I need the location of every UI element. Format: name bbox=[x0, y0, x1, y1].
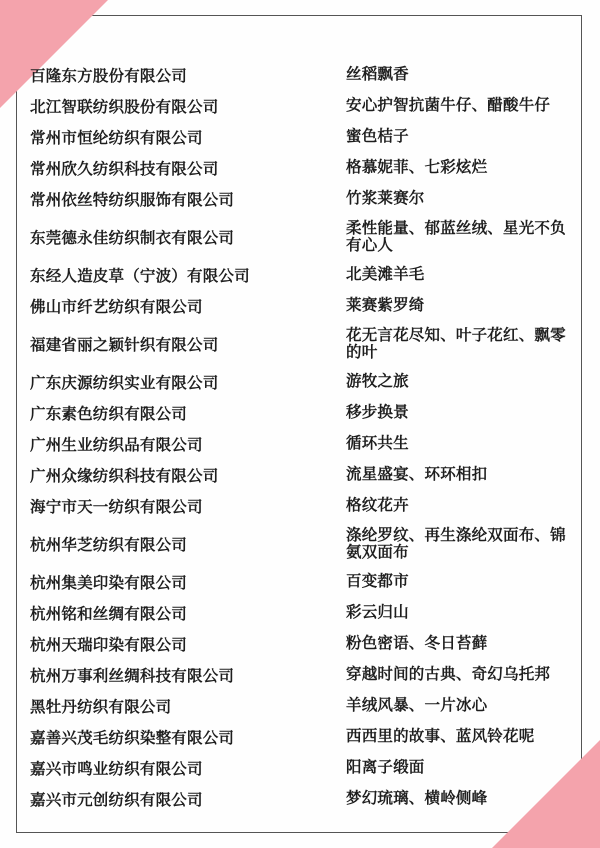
list-row: 嘉善兴茂毛纺织染整有限公司 西西里的故事、蓝风铃花呢 bbox=[30, 721, 580, 752]
company-product-list: 百隆东方股份有限公司 丝稻飘香 北江智联纺织股份有限公司 安心护智抗菌牛仔、醋酸… bbox=[30, 59, 580, 814]
list-row: 佛山市纤艺纺织有限公司 莱赛紫罗绮 bbox=[30, 290, 580, 321]
product-name: 丝稻飘香 bbox=[346, 66, 578, 83]
product-name: 涤纶罗纹、再生涤纶双面布、锦氨双面布 bbox=[346, 527, 578, 561]
company-name: 嘉兴市鸣业纺织有限公司 bbox=[30, 757, 346, 779]
product-name: 穿越时间的古典、奇幻乌托邦 bbox=[346, 666, 578, 683]
company-name: 广州众缘纺织科技有限公司 bbox=[30, 464, 346, 486]
list-row: 广州生业纺织品有限公司 循环共生 bbox=[30, 428, 580, 459]
product-name: 西西里的故事、蓝风铃花呢 bbox=[346, 728, 578, 745]
company-name: 嘉兴市元创纺织有限公司 bbox=[30, 788, 346, 810]
company-name: 杭州万事利丝绸科技有限公司 bbox=[30, 664, 346, 686]
company-name: 广东素色纺织有限公司 bbox=[30, 402, 346, 424]
product-name: 流星盛宴、环环相扣 bbox=[346, 466, 578, 483]
product-name: 格慕妮菲、七彩炫烂 bbox=[346, 159, 578, 176]
product-name: 粉色密语、冬日苔藓 bbox=[346, 635, 578, 652]
list-row: 广东素色纺织有限公司 移步换景 bbox=[30, 397, 580, 428]
list-row: 海宁市天一纺织有限公司 格纹花卉 bbox=[30, 490, 580, 521]
list-row: 杭州天瑞印染有限公司 粉色密语、冬日苔藓 bbox=[30, 628, 580, 659]
list-row: 广东庆源纺织实业有限公司 游牧之旅 bbox=[30, 366, 580, 397]
company-name: 杭州天瑞印染有限公司 bbox=[30, 633, 346, 655]
company-name: 杭州铭和丝绸有限公司 bbox=[30, 602, 346, 624]
list-row: 常州欣久纺织科技有限公司 格慕妮菲、七彩炫烂 bbox=[30, 152, 580, 183]
product-name: 百变都市 bbox=[346, 573, 578, 590]
list-row: 常州市恒纶纺织有限公司 蜜色桔子 bbox=[30, 121, 580, 152]
list-row: 百隆东方股份有限公司 丝稻飘香 bbox=[30, 59, 580, 90]
product-name: 柔性能量、郁蓝丝绒、星光不负有心人 bbox=[346, 220, 578, 254]
list-row: 嘉兴市元创纺织有限公司 梦幻琉璃、横岭侧峰 bbox=[30, 783, 580, 814]
list-row: 福建省丽之颖针织有限公司 花无言花尽知、叶子花红、飘零的叶 bbox=[30, 318, 580, 369]
list-row: 北江智联纺织股份有限公司 安心护智抗菌牛仔、醋酸牛仔 bbox=[30, 90, 580, 121]
company-name: 东莞德永佳纺织制衣有限公司 bbox=[30, 226, 346, 248]
product-name: 花无言花尽知、叶子花红、飘零的叶 bbox=[346, 327, 578, 361]
list-row: 常州依丝特纺织服饰有限公司 竹浆莱赛尔 bbox=[30, 183, 580, 214]
product-name: 移步换景 bbox=[346, 404, 578, 421]
list-row: 东莞德永佳纺织制衣有限公司 柔性能量、郁蓝丝绒、星光不负有心人 bbox=[30, 211, 580, 262]
company-name: 福建省丽之颖针织有限公司 bbox=[30, 333, 346, 355]
product-name: 竹浆莱赛尔 bbox=[346, 190, 578, 207]
company-name: 北江智联纺织股份有限公司 bbox=[30, 95, 346, 117]
list-row: 嘉兴市鸣业纺织有限公司 阳离子缎面 bbox=[30, 752, 580, 783]
company-name: 广州生业纺织品有限公司 bbox=[30, 433, 346, 455]
list-row: 杭州集美印染有限公司 百变都市 bbox=[30, 566, 580, 597]
company-name: 广东庆源纺织实业有限公司 bbox=[30, 371, 346, 393]
company-name: 杭州华芝纺织有限公司 bbox=[30, 533, 346, 555]
product-name: 彩云归山 bbox=[346, 604, 578, 621]
product-name: 梦幻琉璃、横岭侧峰 bbox=[346, 790, 578, 807]
company-name: 黑牡丹纺织有限公司 bbox=[30, 695, 346, 717]
company-name: 常州市恒纶纺织有限公司 bbox=[30, 126, 346, 148]
list-row: 黑牡丹纺织有限公司 羊绒风暴、一片冰心 bbox=[30, 690, 580, 721]
company-name: 嘉善兴茂毛纺织染整有限公司 bbox=[30, 726, 346, 748]
product-name: 循环共生 bbox=[346, 435, 578, 452]
product-name: 格纹花卉 bbox=[346, 497, 578, 514]
product-name: 羊绒风暴、一片冰心 bbox=[346, 697, 578, 714]
list-row: 东经人造皮草（宁波）有限公司 北美滩羊毛 bbox=[30, 259, 580, 290]
list-row: 杭州铭和丝绸有限公司 彩云归山 bbox=[30, 597, 580, 628]
company-name: 百隆东方股份有限公司 bbox=[30, 64, 346, 86]
product-name: 蜜色桔子 bbox=[346, 128, 578, 145]
list-row: 广州众缘纺织科技有限公司 流星盛宴、环环相扣 bbox=[30, 459, 580, 490]
product-name: 北美滩羊毛 bbox=[346, 266, 578, 283]
company-name: 常州依丝特纺织服饰有限公司 bbox=[30, 188, 346, 210]
company-name: 常州欣久纺织科技有限公司 bbox=[30, 157, 346, 179]
product-name: 游牧之旅 bbox=[346, 373, 578, 390]
company-name: 海宁市天一纺织有限公司 bbox=[30, 495, 346, 517]
product-name: 莱赛紫罗绮 bbox=[346, 297, 578, 314]
product-name: 安心护智抗菌牛仔、醋酸牛仔 bbox=[346, 97, 578, 114]
product-name: 阳离子缎面 bbox=[346, 759, 578, 776]
list-row: 杭州万事利丝绸科技有限公司 穿越时间的古典、奇幻乌托邦 bbox=[30, 659, 580, 690]
company-name: 东经人造皮草（宁波）有限公司 bbox=[30, 264, 346, 286]
company-name: 杭州集美印染有限公司 bbox=[30, 571, 346, 593]
list-row: 杭州华芝纺织有限公司 涤纶罗纹、再生涤纶双面布、锦氨双面布 bbox=[30, 518, 580, 569]
company-name: 佛山市纤艺纺织有限公司 bbox=[30, 295, 346, 317]
